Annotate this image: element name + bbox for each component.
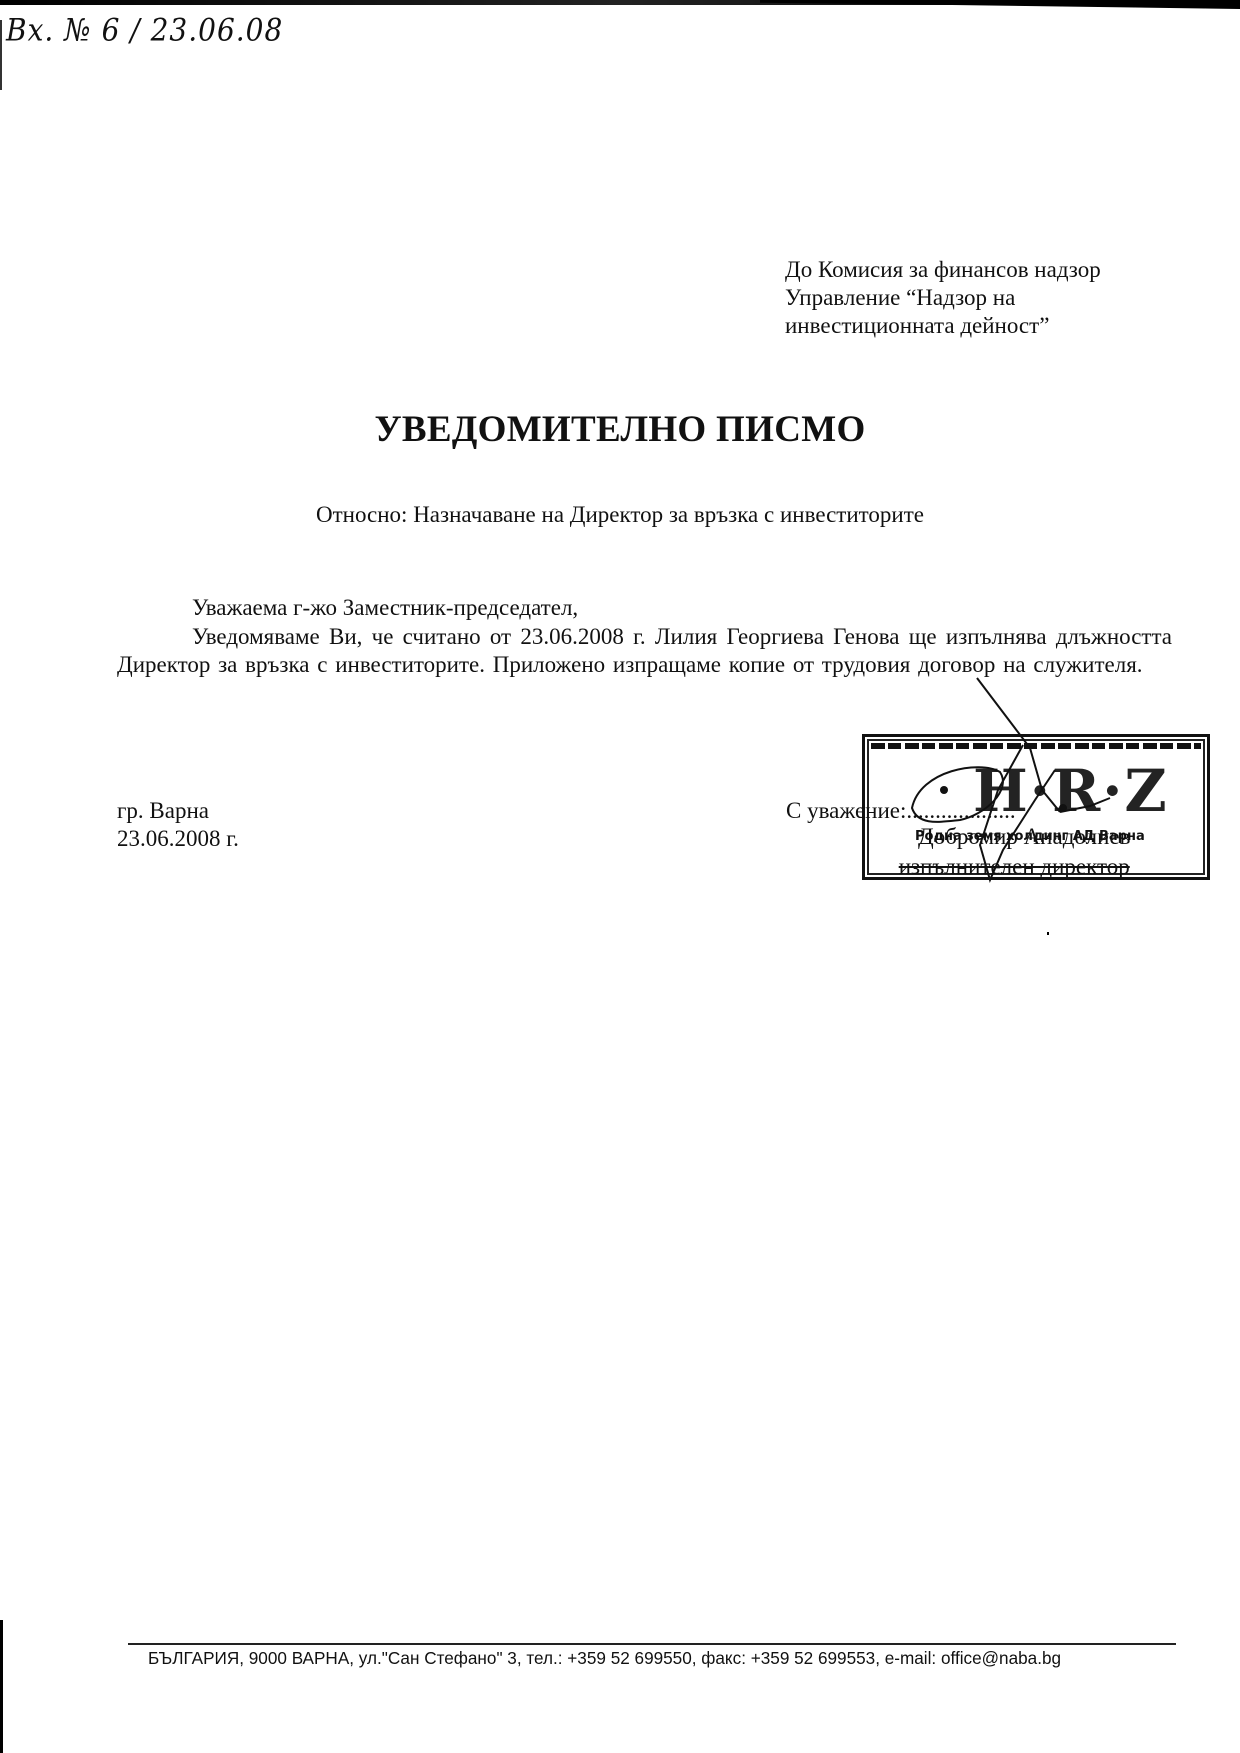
recipient-block: До Комисия за финансов надзор Управление…	[785, 256, 1101, 340]
place-date-block: гр. Варна 23.06.2008 г.	[117, 797, 239, 853]
date: 23.06.2008 г.	[117, 825, 239, 853]
signer-role: изпълнителен директор	[898, 852, 1130, 882]
stamp-top-text	[871, 743, 1201, 749]
handwritten-registry-note: Вх. № 6 / 23.06.08	[6, 12, 283, 48]
signer-name: Добромир Анадолиев	[918, 822, 1130, 852]
footer-divider	[128, 1643, 1176, 1645]
place: гр. Варна	[117, 797, 239, 825]
greeting: Уважаема г-жо Заместник-председател,	[117, 594, 1172, 623]
recipient-line: Управление “Надзор на	[785, 284, 1101, 312]
footer-address: БЪЛГАРИЯ, 9000 ВАРНА, ул."Сан Стефано" 3…	[148, 1648, 1061, 1669]
recipient-line: До Комисия за финансов надзор	[785, 256, 1101, 284]
document-title: УВЕДОМИТЕЛНО ПИСМО	[0, 408, 1240, 451]
closing: С уважение:...................	[786, 797, 1016, 825]
signer-block: Добромир Анадолиев изпълнителен директор	[918, 822, 1130, 882]
scan-edge-left	[0, 1620, 3, 1753]
scan-speck	[1047, 932, 1049, 935]
scan-edge-left-upper	[0, 20, 2, 90]
body-paragraph: Уведомяваме Ви, че считано от 23.06.2008…	[117, 623, 1172, 680]
recipient-line: инвестиционната дейност”	[785, 312, 1101, 340]
letter-body: Уважаема г-жо Заместник-председател, Уве…	[117, 594, 1172, 680]
subject-line: Относно: Назначаване на Директор за връз…	[0, 502, 1240, 528]
